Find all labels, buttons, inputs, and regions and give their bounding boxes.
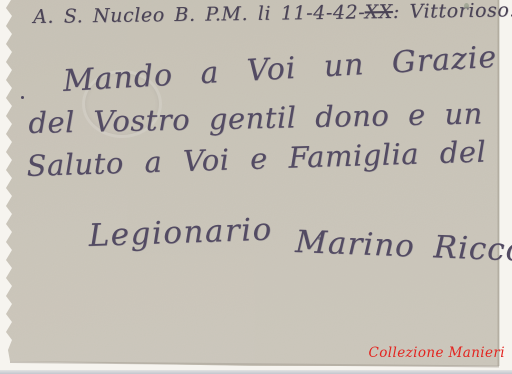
dateline-text: A. S. Nucleo B. P.M. li 11-4-42- xyxy=(33,1,365,28)
dateline-location: : Vittorioso. xyxy=(393,0,512,23)
collection-stamp: Collezione Manieri xyxy=(369,345,505,361)
scanned-postcard: A. S. Nucleo B. P.M. li 11-4-42-XX: Vitt… xyxy=(0,0,512,374)
scan-speck xyxy=(464,3,469,9)
dateline-struck-era-year: XX xyxy=(364,1,393,23)
scan-shadow xyxy=(0,370,512,374)
signature-role: Legionario xyxy=(88,212,273,254)
ink-speck xyxy=(318,237,321,240)
ink-speck xyxy=(21,96,24,99)
